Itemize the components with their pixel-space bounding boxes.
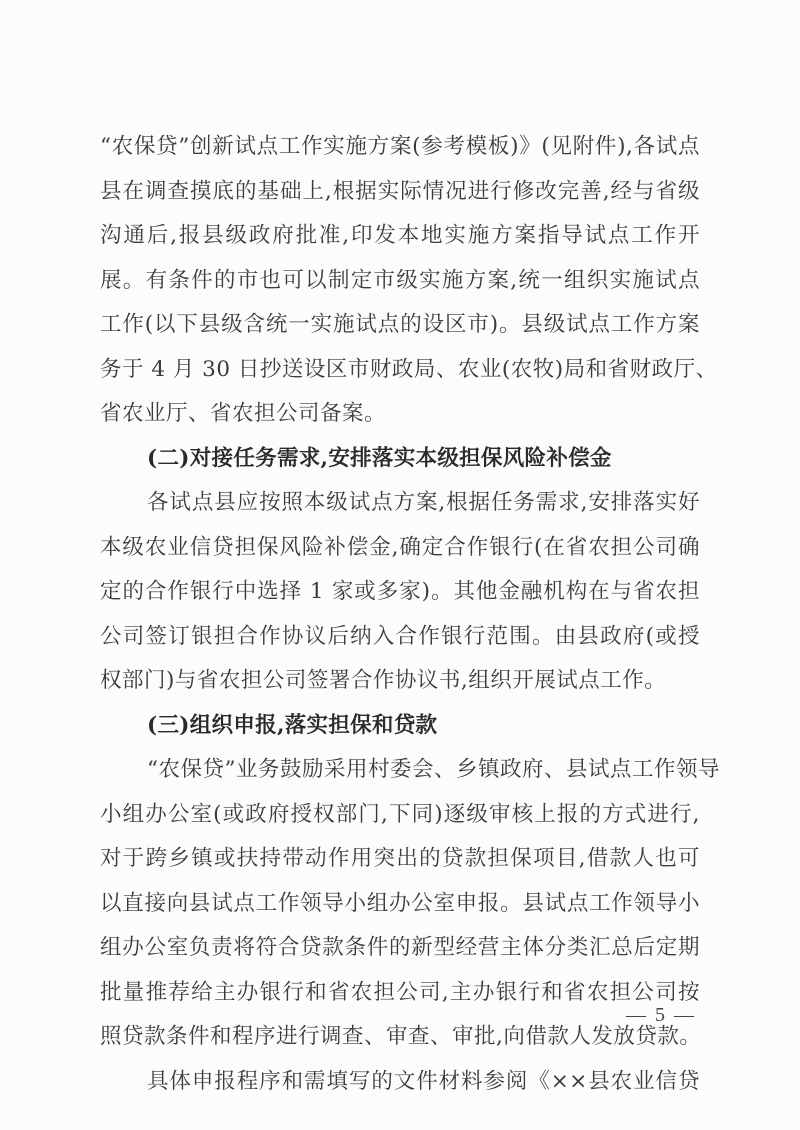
page-number: — 5 — bbox=[626, 1000, 696, 1030]
body-line: 对于跨乡镇或扶持带动作用突出的贷款担保项目,借款人也可 bbox=[100, 844, 700, 874]
section-heading-2: (二)对接任务需求,安排落实本级担保风险补偿金 bbox=[147, 444, 612, 474]
body-line: 定的合作银行中选择 1 家或多家)。其他金融机构在与省农担 bbox=[100, 577, 700, 607]
body-line: 权部门)与省农担公司签署合作协议书,组织开展试点工作。 bbox=[100, 666, 700, 696]
body-line: 具体申报程序和需填写的文件材料参阅《××县农业信贷 bbox=[147, 1067, 700, 1097]
body-line: 展。有条件的市也可以制定市级实施方案,统一组织实施试点 bbox=[100, 266, 700, 296]
body-line: 批量推荐给主办银行和省农担公司,主办银行和省农担公司按 bbox=[100, 978, 700, 1008]
body-line: 本级农业信贷担保风险补偿金,确定合作银行(在省农担公司确 bbox=[100, 533, 700, 563]
body-line: 各试点县应按照本级试点方案,根据任务需求,安排落实好 bbox=[147, 488, 700, 518]
body-line: 以直接向县试点工作领导小组办公室申报。县试点工作领导小 bbox=[100, 889, 700, 919]
body-line: 工作(以下县级含统一实施试点的设区市)。县级试点工作方案 bbox=[100, 310, 700, 340]
document-page: “农保贷”创新试点工作实施方案(参考模板)》(见附件),各试点 县在调查摸底的基… bbox=[0, 0, 800, 1130]
body-line: 县在调查摸底的基础上,根据实际情况进行修改完善,经与省级 bbox=[100, 177, 700, 207]
section-heading-3: (三)组织申报,落实担保和贷款 bbox=[147, 711, 437, 741]
body-line: 公司签订银担合作协议后纳入合作银行范围。由县政府(或授 bbox=[100, 622, 700, 652]
body-line: 沟通后,报县级政府批准,印发本地实施方案指导试点工作开 bbox=[100, 221, 700, 251]
body-line: 照贷款条件和程序进行调查、审查、审批,向借款人发放贷款。 bbox=[100, 1022, 700, 1052]
body-line: “农保贷”业务鼓励采用村委会、乡镇政府、县试点工作领导 bbox=[147, 755, 700, 785]
body-line: 小组办公室(或政府授权部门,下同)逐级审核上报的方式进行, bbox=[100, 800, 700, 830]
body-line: 组办公室负责将符合贷款条件的新型经营主体分类汇总后定期 bbox=[100, 933, 700, 963]
body-line: 务于 4 月 30 日抄送设区市财政局、农业(农牧)局和省财政厅、 bbox=[100, 355, 700, 385]
body-line: “农保贷”创新试点工作实施方案(参考模板)》(见附件),各试点 bbox=[100, 132, 700, 162]
body-line: 省农业厅、省农担公司备案。 bbox=[100, 399, 700, 429]
